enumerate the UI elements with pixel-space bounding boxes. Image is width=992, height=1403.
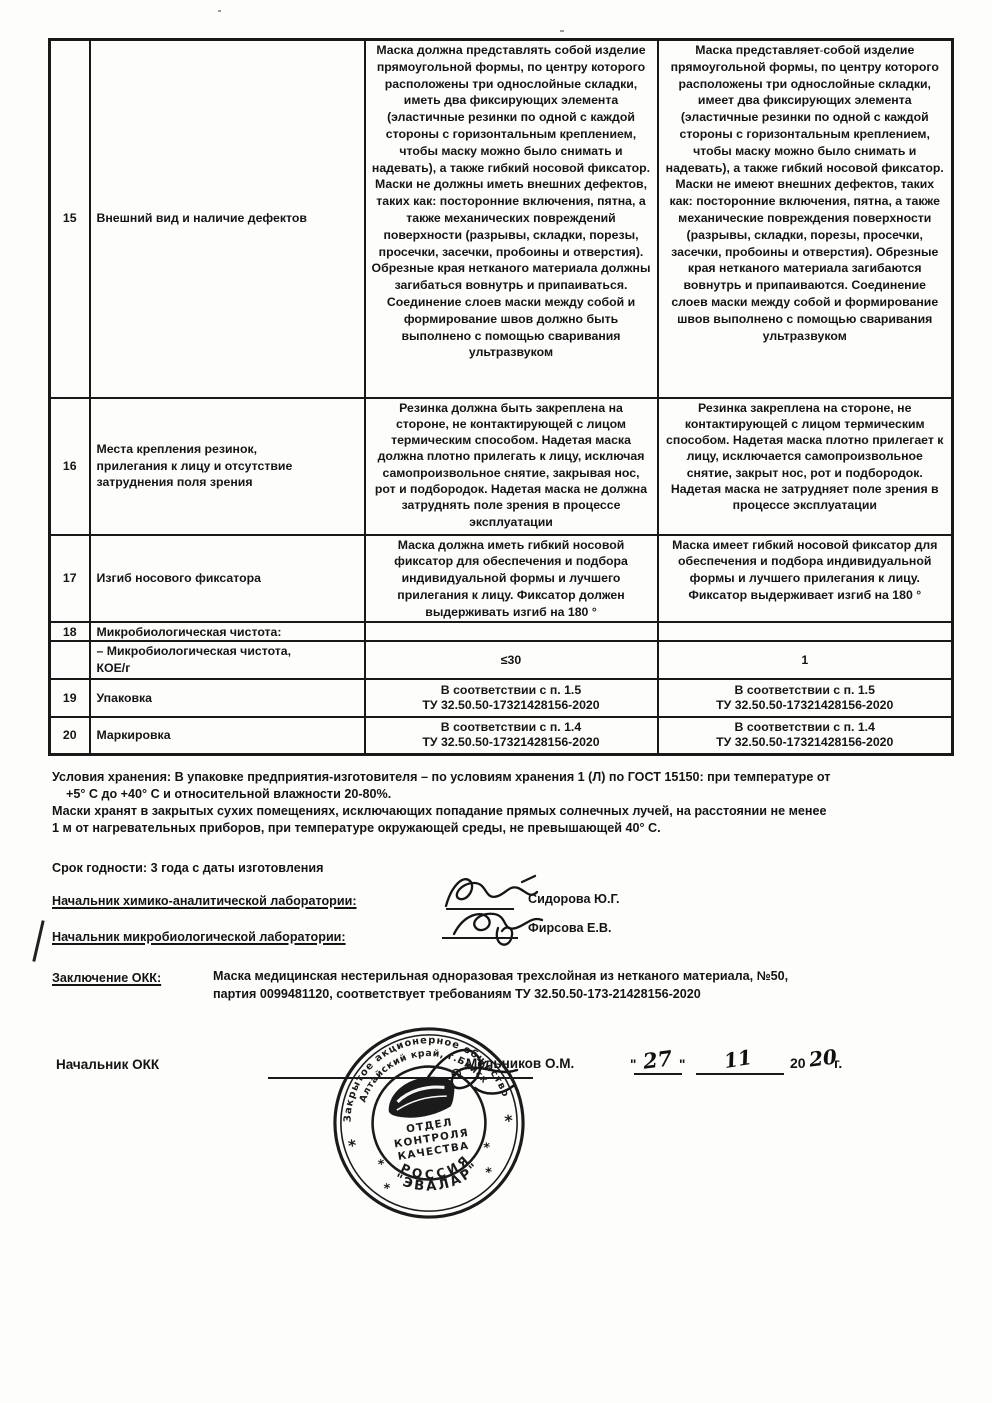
storage-line: 1 м от нагревательных приборов, при темп… [52, 820, 957, 837]
date-month-line [696, 1073, 784, 1075]
parameter-name: Микробиологическая чистота: [90, 622, 365, 641]
requirement-cell: В соответствии с п. 1.5 ТУ 32.50.50-1732… [365, 679, 658, 717]
table-row: 15 Внешний вид и наличие дефектов Маска … [50, 40, 953, 398]
table-row: 19 Упаковка В соответствии с п. 1.5 ТУ 3… [50, 679, 953, 717]
parameter-name: Изгиб носового фиксатора [90, 535, 365, 623]
date-close-quote: " [679, 1056, 685, 1073]
parameter-name: Места крепления резинок, прилегания к ли… [90, 398, 365, 535]
date-year-prefix: 20 [790, 1055, 806, 1072]
stamp-star-icon: * [383, 1181, 392, 1197]
table-row: 17 Изгиб носового фиксатора Маска должна… [50, 535, 953, 623]
result-cell: Маска имеет гибкий носовой фиксатор для … [658, 535, 953, 623]
row-number: 19 [50, 679, 90, 717]
conclusion-line: партия 0099481120, соответствует требова… [213, 986, 953, 1004]
document-page: 15 Внешний вид и наличие дефектов Маска … [0, 0, 992, 1403]
parameter-name: Внешний вид и наличие дефектов [90, 40, 365, 398]
pen-mark [32, 920, 44, 961]
stamp-star-icon: * [347, 1136, 358, 1156]
micro-lab-head-label: Начальник микробиологической лаборатории… [52, 929, 346, 946]
date-day: 27 [642, 1045, 674, 1073]
row-number: 20 [50, 717, 90, 754]
result-cell [658, 622, 953, 641]
stamp-star-icon: * [483, 1140, 492, 1156]
storage-conditions: Условия хранения: В упаковке предприятия… [52, 769, 957, 837]
requirement-cell: Маска должна иметь гибкий носовой фиксат… [365, 535, 658, 623]
company-stamp: Закрытое акционерное общество Алтайский … [330, 1024, 528, 1222]
table-row: – Микробиологическая чистота, КОЕ/г ≤30 … [50, 641, 953, 679]
shelf-life: Срок годности: 3 года с даты изготовлени… [52, 860, 323, 877]
row-number: 18 [50, 622, 90, 641]
requirement-cell: Резинка должна быть закреплена на сторон… [365, 398, 658, 535]
chem-lab-head-label: Начальник химико-аналитической лаборатор… [52, 893, 357, 910]
row-number: 17 [50, 535, 90, 623]
table-row: 16 Места крепления резинок, прилегания к… [50, 398, 953, 535]
okk-head-title: Начальник ОКК [56, 1056, 159, 1073]
conclusion-text: Маска медицинская нестерильная одноразов… [213, 968, 953, 1003]
table-row: 18 Микробиологическая чистота: [50, 622, 953, 641]
scan-speck [820, 50, 823, 52]
stamp-star-icon: * [503, 1111, 514, 1131]
conclusion-label: Заключение ОКК: [52, 970, 161, 987]
requirement-cell: В соответствии с п. 1.4 ТУ 32.50.50-1732… [365, 717, 658, 754]
scan-speck [560, 30, 564, 32]
result-cell: В соответствии с п. 1.4 ТУ 32.50.50-1732… [658, 717, 953, 754]
date-open-quote: " [630, 1056, 636, 1073]
date-year-suffix: г. [834, 1055, 842, 1072]
result-cell: 1 [658, 641, 953, 679]
stamp-star-icon: * [485, 1165, 494, 1181]
spec-table: 15 Внешний вид и наличие дефектов Маска … [48, 38, 954, 756]
scan-speck [218, 10, 221, 12]
conclusion-line: Маска медицинская нестерильная одноразов… [213, 968, 953, 986]
requirement-cell: ≤30 [365, 641, 658, 679]
micro-lab-head-name: Фирсова Е.В. [528, 920, 611, 937]
row-number: 15 [50, 40, 90, 398]
storage-line: Условия хранения: В упаковке предприятия… [52, 769, 957, 786]
parameter-name: Упаковка [90, 679, 365, 717]
signature-line [442, 937, 518, 939]
result-cell: Резинка закреплена на стороне, не контак… [658, 398, 953, 535]
parameter-name: Маркировка [90, 717, 365, 754]
storage-line: Маски хранят в закрытых сухих помещениях… [52, 803, 957, 820]
result-cell: Маска представляет собой изделие прямоуг… [658, 40, 953, 398]
requirement-cell [365, 622, 658, 641]
parameter-name: – Микробиологическая чистота, КОЕ/г [90, 641, 365, 679]
row-number: 16 [50, 398, 90, 535]
table-row: 20 Маркировка В соответствии с п. 1.4 ТУ… [50, 717, 953, 754]
date-month: 11 [722, 1045, 753, 1073]
storage-line: +5° С до +40° С и относительной влажност… [52, 786, 957, 803]
requirement-cell: Маска должна представлять собой изделие … [365, 40, 658, 398]
row-number [50, 641, 90, 679]
result-cell: В соответствии с п. 1.5 ТУ 32.50.50-1732… [658, 679, 953, 717]
date-day-line [634, 1073, 682, 1075]
